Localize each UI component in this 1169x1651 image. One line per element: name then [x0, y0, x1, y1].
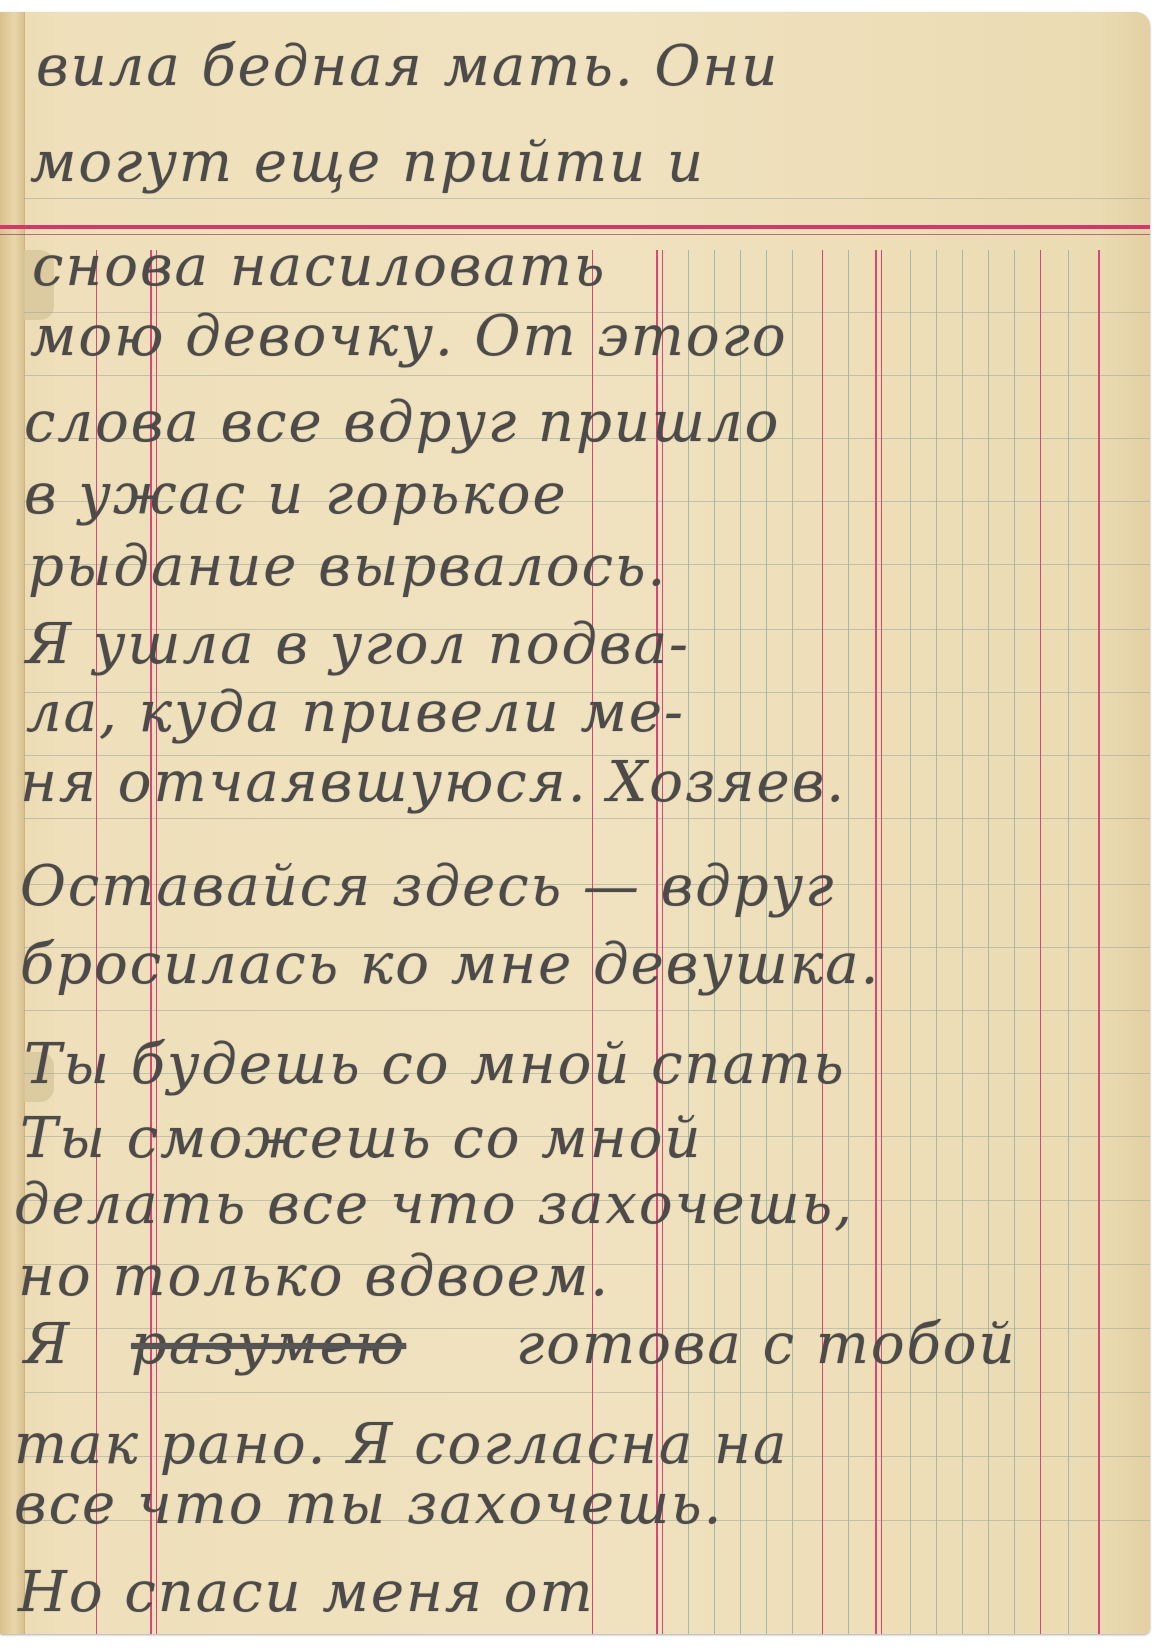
struck-out-word: разумею [131, 1312, 406, 1377]
handwritten-line: рыдание вырвалось. [28, 534, 667, 599]
handwritten-line: но только вдвоем. [18, 1244, 610, 1309]
handwritten-line: Ты сможешь со мной [20, 1106, 702, 1171]
line-text: готова с тобой [516, 1312, 1017, 1377]
ledger-column-rule [988, 250, 989, 1634]
ledger-column-rule [962, 250, 963, 1634]
handwritten-line: Оставайся здесь — вдруг [20, 854, 835, 919]
header-red-rule [0, 225, 1150, 229]
handwritten-line: так рано. Я согласна на [14, 1412, 788, 1477]
handwritten-line: бросилась ко мне девушка. [20, 932, 880, 997]
page-binding-edge [0, 12, 25, 1634]
handwritten-line: мою девочку. От этого [30, 304, 788, 369]
ledger-column-rule [1014, 250, 1015, 1634]
handwritten-line: Я ушла в угол подва- [26, 612, 690, 677]
line-prefix: Я [24, 1312, 71, 1377]
ruled-line [24, 818, 1150, 819]
handwritten-line: снова насиловать [32, 234, 606, 299]
ledger-column-rule [936, 250, 937, 1634]
ruled-line [24, 198, 1150, 199]
handwritten-line: делать все что захочешь, [14, 1172, 854, 1237]
handwritten-line: вила бедная мать. Они [36, 34, 779, 99]
ledger-column-rule [1040, 250, 1041, 1634]
handwritten-line: ла, куда привели ме- [26, 680, 685, 745]
ledger-column-rule [910, 250, 911, 1634]
handwritten-line: в ужас и горькое [24, 462, 568, 527]
ruled-line [24, 1010, 1150, 1011]
ruled-line [24, 375, 1150, 376]
ledger-column-rule [1098, 250, 1100, 1634]
handwritten-line: все что ты захочешь. [14, 1472, 723, 1537]
ruled-line [24, 1392, 1150, 1393]
handwritten-line: ня отчаявшуюся. Хозяев. [20, 750, 846, 815]
handwritten-line: Ты будешь со мной спать [24, 1032, 846, 1097]
ledger-column-rule [1068, 250, 1069, 1634]
notebook-page: вила бедная мать. Они могут еще прийти и… [0, 12, 1150, 1634]
handwritten-line: слова все вдруг пришло [24, 390, 780, 455]
handwritten-line: могут еще прийти и [30, 130, 705, 195]
handwritten-line: Но спаси меня от [18, 1560, 595, 1625]
ledger-column-rule [881, 250, 882, 1634]
handwritten-line-with-strikeout: Я разумею готова с тобой [24, 1312, 1017, 1377]
